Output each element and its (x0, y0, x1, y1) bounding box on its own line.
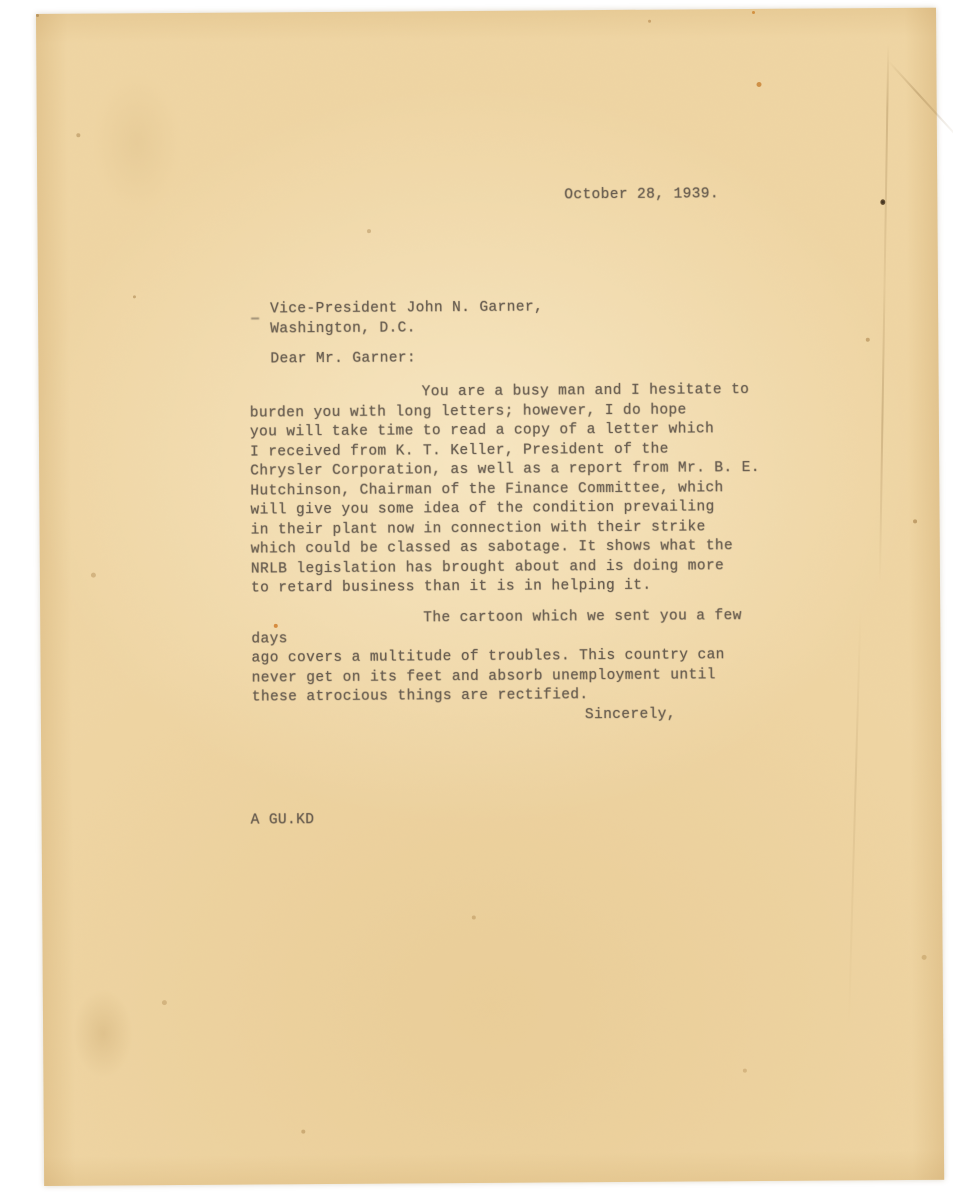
body-paragraph-2: The cartoon which we sent you a few days… (251, 607, 782, 708)
body-paragraph-1: You are a busy man and I hesitate to bur… (250, 381, 781, 599)
letter-date: October 28, 1939. (564, 185, 719, 206)
letter-page: October 28, 1939. Vice-President John N.… (36, 8, 944, 1186)
salutation: Dear Mr. Garner: (270, 349, 416, 370)
reference-initials: A GU.KD (251, 811, 315, 831)
recipient-address: Vice-President John N. Garner, Washingto… (270, 298, 543, 339)
closing: Sincerely, (585, 706, 676, 726)
typewritten-text-layer: October 28, 1939. Vice-President John N.… (36, 8, 944, 1186)
